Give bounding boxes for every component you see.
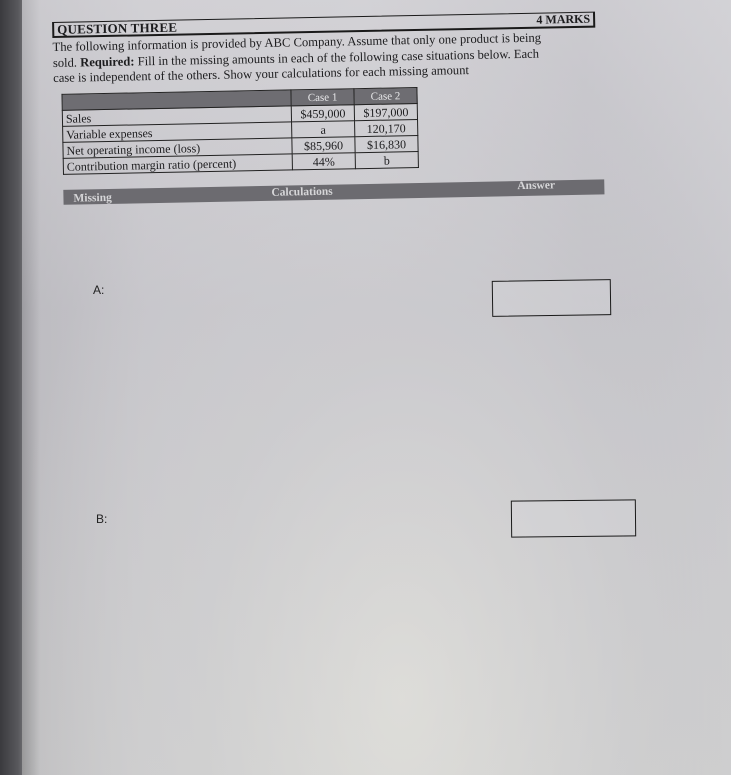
- answer-column-header: Answer: [517, 179, 555, 192]
- instruction-text: sold.: [53, 55, 81, 70]
- case-2-value: b: [355, 151, 418, 168]
- answer-b-box[interactable]: [511, 499, 636, 537]
- case-1-value: 44%: [292, 153, 355, 170]
- question-title: QUESTION THREE: [57, 19, 177, 37]
- table-header-case-1: Case 1: [291, 89, 354, 106]
- answer-a-label: A:: [93, 283, 104, 297]
- case-2-value: $16,830: [355, 135, 418, 152]
- required-label: Required:: [80, 54, 135, 69]
- answer-b-label: B:: [96, 512, 107, 526]
- case-1-value: $85,960: [292, 137, 355, 154]
- answer-a-box[interactable]: [492, 279, 611, 317]
- table-header-case-2: Case 2: [354, 88, 417, 105]
- case-1-value: $459,000: [291, 105, 354, 122]
- case-1-value: a: [292, 121, 355, 138]
- case-2-value: $197,000: [354, 104, 417, 121]
- calculations-column-header: Calculations: [271, 186, 333, 199]
- case-2-value: 120,170: [355, 120, 418, 137]
- question-marks: 4 MARKS: [536, 12, 590, 28]
- case-table: Case 1 Case 2 Sales $459,000 $197,000 Va…: [61, 87, 418, 175]
- missing-column-header: Missing: [73, 192, 112, 205]
